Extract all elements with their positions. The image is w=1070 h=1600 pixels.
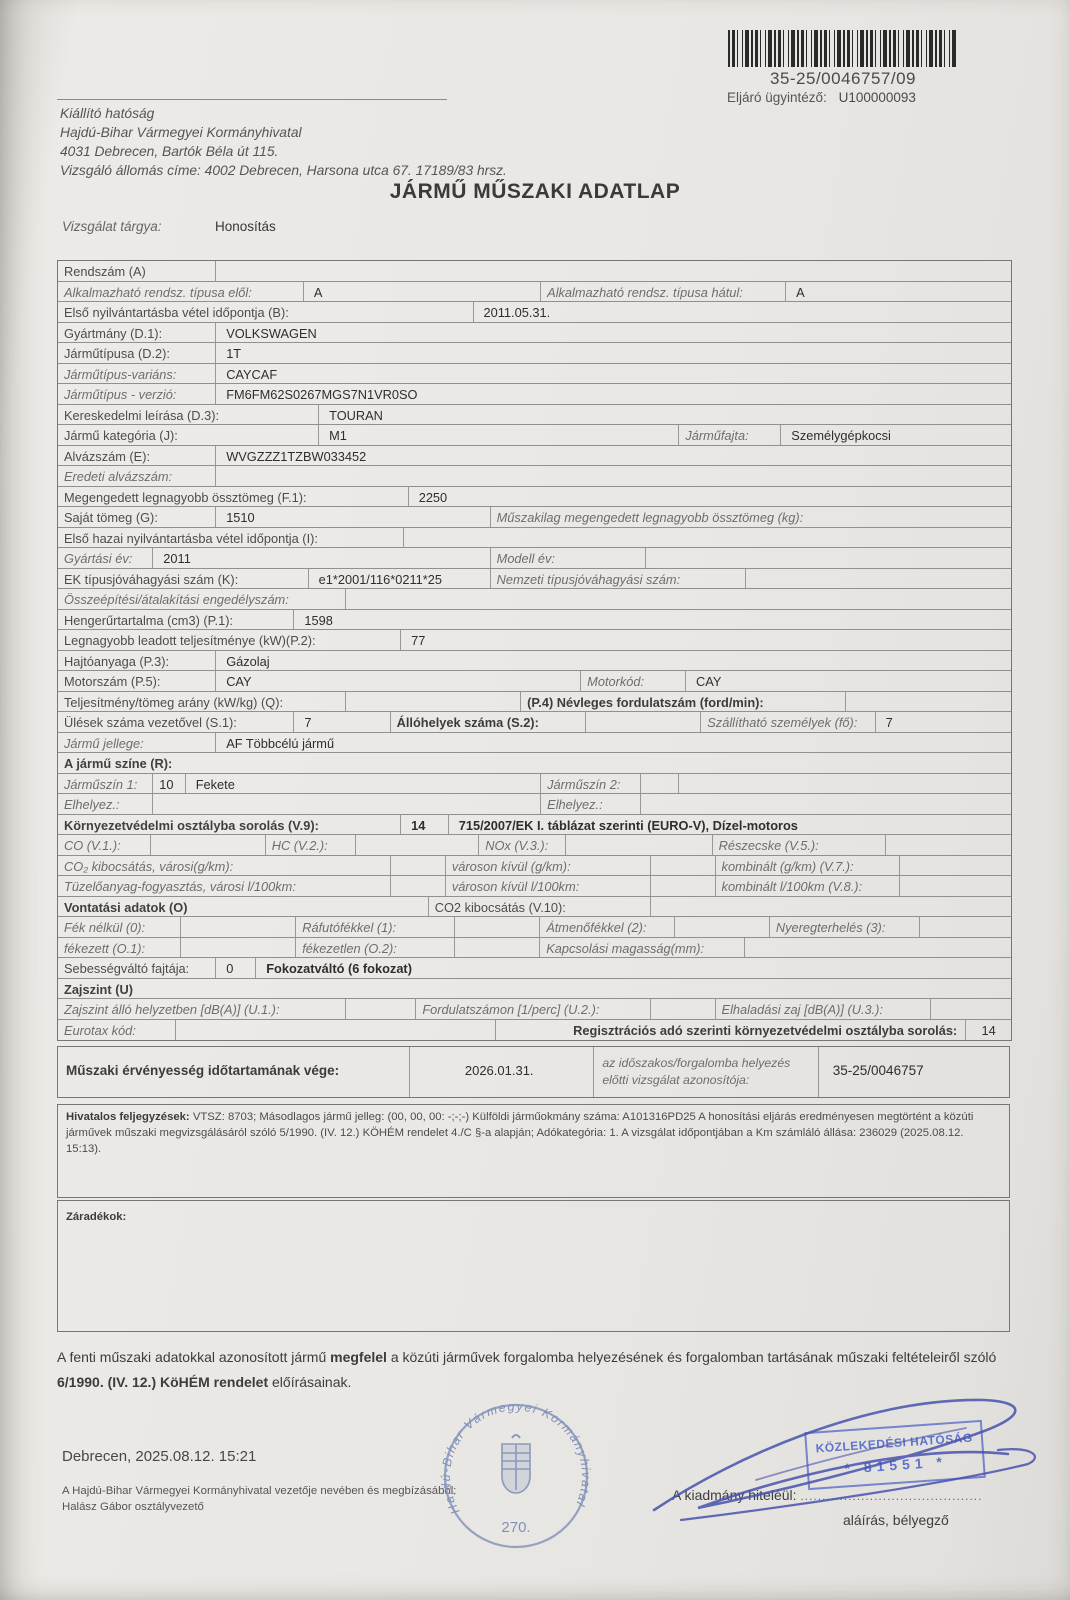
regado-value: 14 [966,1020,1011,1041]
gyartasi-ev-label: Gyártási év: [58,548,153,568]
rafutofek-label: Ráfutófékkel (1): [296,917,455,937]
exam-id-label: az időszakos/forgalomba helyezés előtti … [594,1047,818,1097]
verzio-label: Járműtípus - verzió: [58,384,216,404]
statement-part3: előírásainak. [268,1374,351,1390]
rendszam-value [216,261,1011,281]
row-rendsz-tipus: Alkalmazható rendsz. típusa elől: A Alka… [58,282,1011,303]
fogy-kivul-value [651,876,716,896]
fogy-komb-label: kombinált l/100km (V.8.): [716,876,901,896]
row-kornyezet: Környezetvédelmi osztályba sorolás (V.9)… [58,815,1011,836]
row-vontatas-header: Vontatási adatok (O) CO2 kibocsátás (V.1… [58,897,1011,918]
elhaladasi-value [931,999,1011,1019]
szin2-code [641,774,679,794]
row-kategoria: Jármű kategória (J): M1 Járműfajta: Szem… [58,425,1011,446]
fekezetlen-label: fékezetlen (O.2): [296,938,455,958]
alvazszam-label: Alvázszám (E): [58,446,216,466]
elso-hazai-value [404,528,1011,548]
fajta-label: Járműfajta: [679,425,781,445]
verzio-value: FM6FM62S0267MGS7N1VR0SO [216,384,1011,404]
hengerur-label: Hengerűrtartalma (cm3) (P.1): [58,610,294,630]
row-varians: Járműtípus-variáns: CAYCAF [58,364,1011,385]
fek-nelkul-value [181,917,296,937]
elhelyez2-value [641,794,1011,814]
eurotax-value [176,1020,496,1041]
rendsz-elol-label: Alkalmazható rendsz. típusa elől: [58,282,304,302]
motorkod-value: CAY [686,671,1011,691]
row-ulesek: Ülések száma vezetővel (S.1): 7 Állóhely… [58,712,1011,733]
fekezett-value [181,938,296,958]
ulesek-value: 7 [294,712,390,732]
eredeti-alvaz-value [216,466,1011,486]
place-date: Debrecen, 2025.08.12. 15:21 [62,1448,256,1465]
elso-hazai-label: Első hazai nyilvántartásba vétel időpont… [58,528,404,548]
sebvalto-value: Fokozatváltó (6 fokozat) [256,958,1011,978]
keresk-value: TOURAN [319,405,1011,425]
regado-label: Regisztrációs adó szerinti környezetvéde… [496,1020,966,1041]
zaj-allo-label: Zajszint álló helyzetben [dB(A)] (U.1.): [58,999,346,1019]
signer-name: Halász Gábor osztályvezető [62,1500,456,1516]
row-teljesitmeny: Legnagyobb leadott teljesítménye (kW)(P.… [58,630,1011,651]
exam-id-label-line2: előtti vizsgálat azonosítója: [602,1072,813,1089]
row-hajtoanyag: Hajtóanyaga (P.3): Gázolaj [58,651,1011,672]
case-officer-label: Eljáró ügyintéző: [727,90,827,105]
exam-id-value: 35-25/0046757 [819,1047,1009,1097]
signer-block: A Hajdú-Bihar Vármegyei Kormányhivatal v… [62,1484,456,1516]
telj-tomeg-value [346,692,521,712]
co2-komb-label: kombinált (g/km) (V.7.): [716,856,901,876]
hc-value [356,835,479,855]
co2-kivul-value [651,856,716,876]
row-sajat-tomeg: Saját tömeg (G): 1510 Műszakilag megenge… [58,507,1011,528]
page-title: JÁRMŰ MŰSZAKI ADATLAP [0,180,1070,204]
osszeepitesi-label: Összeépítési/átalakítási engedélyszám: [58,589,346,609]
official-notes-label: Hivatalos feljegyzések: [66,1111,190,1123]
row-keresk: Kereskedelmi leírása (D.3): TOURAN [58,405,1011,426]
szin1-value: Fekete [186,774,541,794]
elhaladasi-label: Elhaladási zaj [dB(A)] (U.3.): [716,999,931,1019]
case-officer-value: U100000093 [839,90,916,105]
rendszam-label: Rendszám (A) [58,261,216,281]
row-tipus: Járműtípusa (D.2): 1T [58,343,1011,364]
hc-label: HC (V.2.): [266,835,357,855]
fajta-value: Személygépkocsi [781,425,1011,445]
on-behalf-line: A Hajdú-Bihar Vármegyei Kormányhivatal v… [62,1484,456,1500]
clauses-box: Záradékok: [57,1200,1010,1332]
co-label: CO (V.1.): [58,835,151,855]
validity-label: Műszaki érvényesség időtartamának vége: [58,1047,410,1097]
fogy-kivul-label: városon kívül l/100km: [446,876,651,896]
sebvalto-label: Sebességváltó fajtája: [58,958,216,978]
szin2-value [679,774,1011,794]
row-gyartmany: Gyártmány (D.1): VOLKSWAGEN [58,323,1011,344]
rendsz-hatul-label: Alkalmazható rendsz. típusa hátul: [541,282,786,302]
fogy-komb-value [900,876,1011,896]
handwritten-signature-icon [636,1384,1050,1524]
gyartmany-value: VOLKSWAGEN [216,323,1011,343]
fekezetlen-value [455,938,540,958]
jelleg-label: Jármű jellege: [58,733,216,753]
keresk-label: Kereskedelmi leírása (D.3): [58,405,319,425]
kategoria-value: M1 [319,425,679,445]
modell-ev-value [646,548,1011,568]
co-value [151,835,265,855]
szallithato-label: Szállítható személyek (fő): [701,712,875,732]
co2-komb-value [900,856,1011,876]
row-telj-tomeg: Teljesítmény/tömeg arány (kW/kg) (Q): (P… [58,692,1011,713]
hengerur-value: 1598 [294,610,1011,630]
subject-value: Honosítás [215,219,276,234]
nemzeti-tipus-value [746,569,1011,589]
rendsz-hatul-value: A [786,282,1011,302]
row-ossztomeg: Megengedett legnagyobb össztömeg (F.1): … [58,487,1011,508]
atmenofek-label: Átmenőfékkel (2): [540,917,674,937]
row-elso-hazai: Első hazai nyilvántartásba vétel időpont… [58,528,1011,549]
elhelyez1-label: Elhelyez.: [58,794,153,814]
row-szin-header: A jármű színe (R): [58,753,1011,774]
szin1-label: Járműszín 1: [58,774,153,794]
row-jelleg: Jármű jellege: AF Többcélú jármű [58,733,1011,754]
row-szin1: Járműszín 1: 10 Fekete Járműszín 2: [58,774,1011,795]
coat-of-arms-icon [502,1435,530,1493]
row-motorszam: Motorszám (P.5): CAY Motorkód: CAY [58,671,1011,692]
varians-value: CAYCAF [216,364,1011,384]
row-fogyasztas: Tüzelőanyag-fogyasztás, városi l/100km: … [58,876,1011,897]
nemzeti-tipus-label: Nemzeti típusjóváhagyási szám: [491,569,746,589]
sebvalto-code: 0 [216,958,256,978]
fordulatszamon-label: Fordulatszámon [1/perc] (U.2.): [416,999,650,1019]
szin1-code: 10 [153,774,185,794]
nox-value [566,835,713,855]
vehicle-data-table: Rendszám (A) Alkalmazható rendsz. típusa… [57,260,1012,1041]
row-osszeepitesi: Összeépítési/átalakítási engedélyszám: [58,589,1011,610]
statement-part2: a közúti járművek forgalomba helyezéséne… [387,1349,996,1365]
teljesitmeny-label: Legnagyobb leadott teljesítménye (kW)(P.… [58,630,401,650]
clauses-label: Záradékok: [66,1211,126,1223]
gyartasi-ev-value: 2011 [153,548,490,568]
nevleges-ford-value [846,692,1011,712]
issuer-name: Hajdú-Bihar Vármegyei Kormányhivatal [60,123,507,142]
row-hengerur: Hengerűrtartalma (cm3) (P.1): 1598 [58,610,1011,631]
elso-nyilv-label: Első nyilvántartásba vétel időpontja (B)… [58,302,474,322]
kornyezet-code: 14 [401,815,449,835]
elhelyez2-label: Elhelyez.: [541,794,641,814]
barcode-icon [728,30,958,67]
atmenofek-value [675,917,770,937]
fogy-varosi-label: Tüzelőanyag-fogyasztás, városi l/100km: [58,876,391,896]
ek-tipus-label: EK típusjóváhagyási szám (K): [58,569,309,589]
reszecske-label: Részecske (V.5.): [713,835,886,855]
exam-id-label-line1: az időszakos/forgalomba helyezés [602,1055,813,1072]
fogy-varosi-value [391,876,446,896]
sajat-tomeg-label: Saját tömeg (G): [58,507,216,527]
eurotax-label: Eurotax kód: [58,1020,176,1041]
kapcsolasi-label: Kapcsolási magasság(mm): [540,938,745,958]
elso-nyilv-value: 2011.05.31. [474,302,1012,322]
allohelyek-label: Állóhelyek száma (S.2): [391,712,586,732]
row-co2: CO₂ kibocsátás, városi(g/km): városon kí… [58,856,1011,877]
nevleges-ford-label: (P.4) Névleges fordulatszám (ford/min): [521,692,846,712]
row-zaj: Zajszint álló helyzetben [dB(A)] (U.1.):… [58,999,1011,1020]
row-zajszint-header: Zajszint (U) [58,979,1011,1000]
row-sebvalto: Sebességváltó fajtája: 0 Fokozatváltó (6… [58,958,1011,979]
kapcsolasi-value [745,938,1011,958]
ek-tipus-value: e1*2001/116*0211*25 [309,569,491,589]
co2-varosi-label: CO₂ kibocsátás, városi(g/km): [58,856,391,876]
kategoria-label: Jármű kategória (J): [58,425,319,445]
vontatas-header-label: Vontatási adatok (O) [58,897,429,917]
ossztomeg-value: 2250 [409,487,1011,507]
musz-ossztomeg-label: Műszakilag megengedett legnagyobb össztö… [491,507,1011,527]
validity-value: 2026.01.31. [410,1047,594,1097]
zaj-allo-value [346,999,417,1019]
official-notes-text: VTSZ: 8703; Másodlagos jármű jelleg: (00… [66,1111,973,1155]
hajtoanyag-label: Hajtóanyaga (P.3): [58,651,216,671]
row-elhelyez: Elhelyez.: Elhelyez.: [58,794,1011,815]
sajat-tomeg-value: 1510 [216,507,490,527]
ulesek-label: Ülések száma vezetővel (S.1): [58,712,294,732]
szallithato-value: 7 [876,712,1011,732]
nox-label: NOx (V.3.): [479,835,566,855]
barcode-number: 35-25/0046757/09 [728,69,958,89]
szin2-label: Járműszín 2: [541,774,641,794]
row-fekek2: fékezett (O.1): fékezetlen (O.2): Kapcso… [58,938,1011,959]
station-address: Vizsgáló állomás címe: 4002 Debrecen, Ha… [60,161,507,180]
rafutofek-value [455,917,540,937]
motorszam-value: CAY [216,671,581,691]
zajszint-header-label: Zajszint (U) [58,979,1011,999]
elhelyez1-value [153,794,541,814]
nyeregterheles-label: Nyeregterhelés (3): [770,917,921,937]
szin-header-label: A jármű színe (R): [58,753,1011,773]
seal-number: 270. [501,1519,530,1536]
statement-bold2: 6/1990. (IV. 12.) KöHÉM rendelet [57,1374,268,1390]
motorszam-label: Motorszám (P.5): [58,671,216,691]
scanned-document-page: 35-25/0046757/09 Eljáró ügyintéző: U1000… [0,0,1070,1600]
osszeepitesi-value [346,589,1011,609]
issuer-block: Kiállító hatóság Hajdú-Bihar Vármegyei K… [60,104,507,180]
alvazszam-value: WVGZZZ1TZBW033452 [216,446,1011,466]
jelleg-value: AF Többcélú jármű [216,733,1011,753]
eredeti-alvaz-label: Eredeti alvázszám: [58,466,216,486]
round-seal-stamp-icon: Hajdú-Bihar Vármegyei Kormányhivatal 270… [430,1386,602,1562]
row-fekek1: Fék nélkül (0): Ráfutófékkel (1): Átmenő… [58,917,1011,938]
modell-ev-label: Modell év: [491,548,646,568]
kornyezet-value: 715/2007/EK I. táblázat szerinti (EURO-V… [449,815,1011,835]
rendsz-elol-value: A [304,282,541,302]
fordulatszamon-value [651,999,716,1019]
row-alvazszam: Alvázszám (E): WVGZZZ1TZBW033452 [58,446,1011,467]
row-eurotax: Eurotax kód: Regisztrációs adó szerinti … [58,1020,1011,1041]
official-notes-box: Hivatalos feljegyzések: VTSZ: 8703; Máso… [57,1104,1010,1198]
hajtoanyag-value: Gázolaj [216,651,1011,671]
issuer-address: 4031 Debrecen, Bartók Béla út 115. [60,142,507,161]
row-verzio: Járműtípus - verzió: FM6FM62S0267MGS7N1V… [58,384,1011,405]
kornyezet-label: Környezetvédelmi osztályba sorolás (V.9)… [58,815,401,835]
validity-box: Műszaki érvényesség időtartamának vége: … [57,1046,1010,1098]
fek-nelkul-label: Fék nélkül (0): [58,917,181,937]
row-eredeti-alvaz: Eredeti alvázszám: [58,466,1011,487]
ossztomeg-label: Megengedett legnagyobb össztömeg (F.1): [58,487,409,507]
tipus-value: 1T [216,343,1011,363]
subject-label: Vizsgálat tárgya: [62,219,162,234]
row-elso-nyilv: Első nyilvántartásba vétel időpontja (B)… [58,302,1011,323]
row-gyartasi-ev: Gyártási év: 2011 Modell év: [58,548,1011,569]
tipus-label: Járműtípusa (D.2): [58,343,216,363]
issuer-label: Kiállító hatóság [60,104,507,123]
co2-kivul-label: városon kívül (g/km): [446,856,651,876]
case-officer-line: Eljáró ügyintéző: U100000093 [727,90,916,105]
co2-v10-label: CO2 kibocsátás (V.10): [429,897,651,917]
row-rendszam: Rendszám (A) [58,261,1011,282]
fekezett-label: fékezett (O.1): [58,938,181,958]
allohelyek-value [586,712,701,732]
telj-tomeg-label: Teljesítmény/tömeg arány (kW/kg) (Q): [58,692,346,712]
teljesitmeny-value: 77 [401,630,1011,650]
header-rule [57,99,447,100]
gyartmany-label: Gyártmány (D.1): [58,323,216,343]
row-ek-tipus: EK típusjóváhagyási szám (K): e1*2001/11… [58,569,1011,590]
row-emissions: CO (V.1.): HC (V.2.): NOx (V.3.): Részec… [58,835,1011,856]
nyeregterheles-value [920,917,1011,937]
varians-label: Járműtípus-variáns: [58,364,216,384]
co2-v10-value [651,897,1011,917]
motorkod-label: Motorkód: [581,671,686,691]
statement-part1: A fenti műszaki adatokkal azonosított já… [57,1349,330,1365]
statement-bold1: megfelel [330,1349,387,1365]
reszecske-value [886,835,1011,855]
co2-varosi-value [391,856,446,876]
